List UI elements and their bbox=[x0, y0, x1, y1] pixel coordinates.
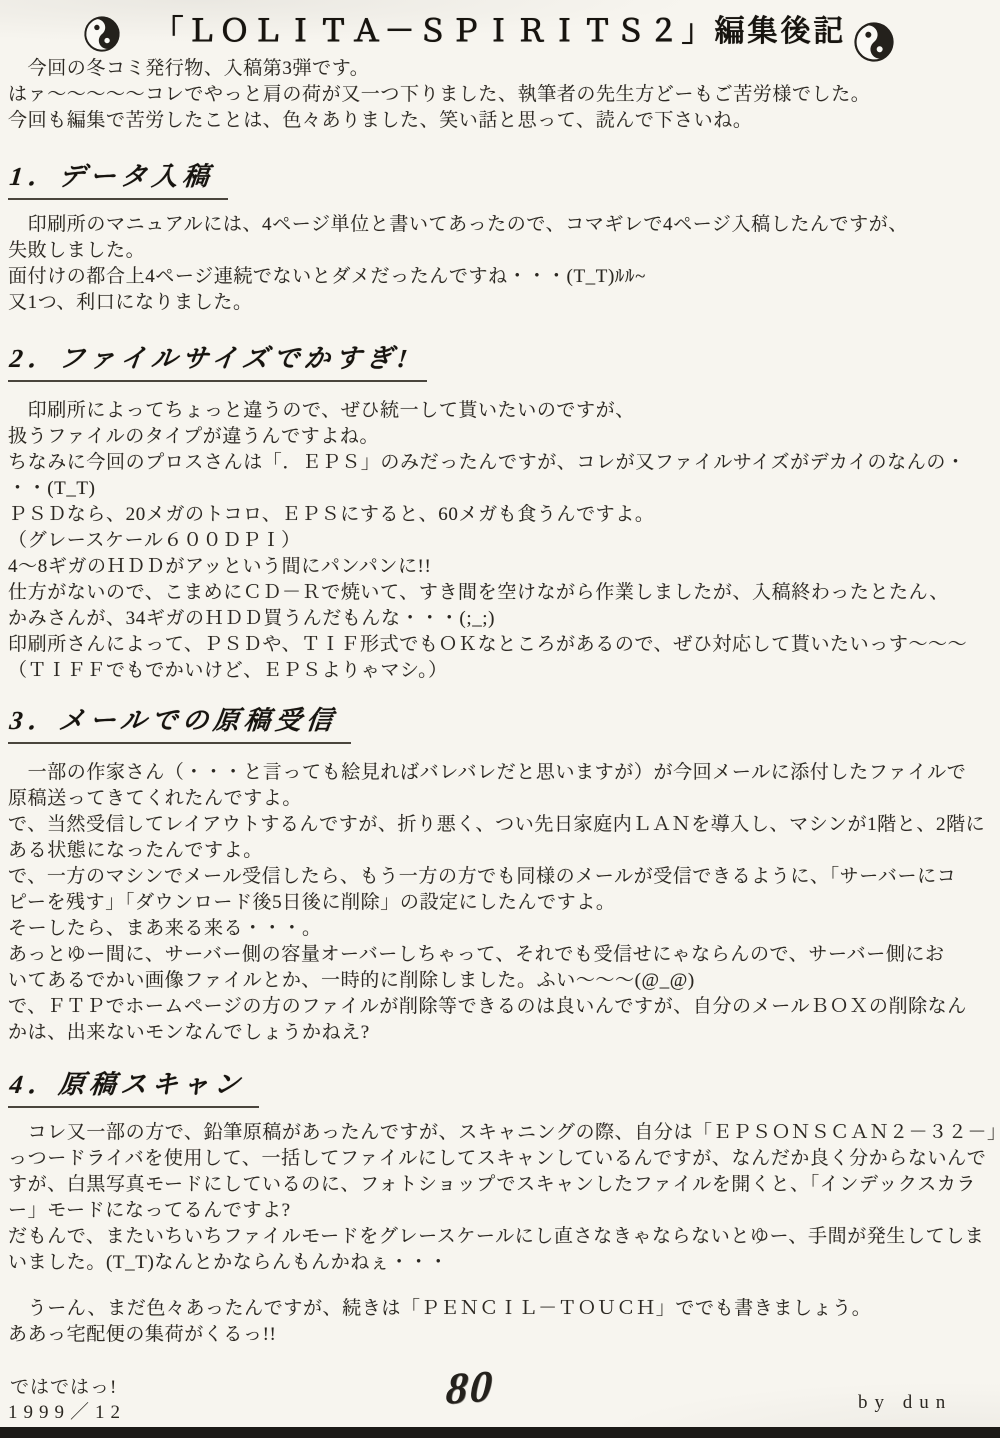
section-heading-data-submission: 1．データ入稿 bbox=[8, 156, 228, 200]
closing-paragraph: うーん、まだ色々あったんですが、続きは「ＰＥＮＣＩＬ－ＴＯＵＣＨ」ででも書きまし… bbox=[8, 1296, 994, 1348]
section-heading-label: 1．データ入稿 bbox=[8, 156, 216, 193]
section-paragraph-data-submission: 印刷所のマニュアルには、4ページ単位と書いてあったので、コマギレで4ページ入稿し… bbox=[8, 212, 994, 316]
footer-date: 1999／12 bbox=[8, 1397, 126, 1424]
page-title: 「ＬＯＬＩＴＡ－ＳＰＩＲＩＴＳ２」編集後記 bbox=[154, 6, 847, 50]
section-heading-file-size: 2．ファイルサイズでかすぎ! bbox=[8, 338, 427, 382]
handwritten-page-number: 80 bbox=[444, 1360, 495, 1415]
section-heading-label: 3．メールでの原稿受信 bbox=[8, 700, 339, 737]
yin-yang-icon bbox=[84, 16, 120, 52]
section-heading-manuscript-scan: 4．原稿スキャン bbox=[8, 1064, 259, 1108]
footer-credit: by dun bbox=[858, 1392, 952, 1414]
footer-signoff: ではではっ! bbox=[10, 1372, 117, 1399]
section-heading-label: 2．ファイルサイズでかすぎ! bbox=[8, 338, 414, 375]
intro-paragraph: 今回の冬コミ発行物、入稿第3弾です。 はァ～～～～～コレでやっと肩の荷が又一つ下… bbox=[8, 56, 994, 134]
scanned-afterword-page: 「ＬＯＬＩＴＡ－ＳＰＩＲＩＴＳ２」編集後記 今回の冬コミ発行物、入稿第3弾です。… bbox=[0, 0, 1000, 1438]
section-heading-mail-manuscript: 3．メールでの原稿受信 bbox=[8, 700, 351, 744]
scan-edge-bar bbox=[0, 1427, 1000, 1438]
section-paragraph-manuscript-scan: コレ又一部の方で、鉛筆原稿があったんですが、スキャニングの際、自分は「ＥＰＳＯＮ… bbox=[8, 1120, 994, 1276]
section-heading-label: 4．原稿スキャン bbox=[8, 1064, 247, 1101]
section-paragraph-mail-manuscript: 一部の作家さん（・・・と言っても絵見ればバレバレだと思いますが）が今回メールに添… bbox=[8, 760, 994, 1046]
page-header: 「ＬＯＬＩＴＡ－ＳＰＩＲＩＴＳ２」編集後記 bbox=[0, 6, 1000, 50]
section-paragraph-file-size: 印刷所によってちょっと違うので、ぜひ統一して貰いたいのですが、 扱うファイルのタ… bbox=[8, 398, 994, 684]
